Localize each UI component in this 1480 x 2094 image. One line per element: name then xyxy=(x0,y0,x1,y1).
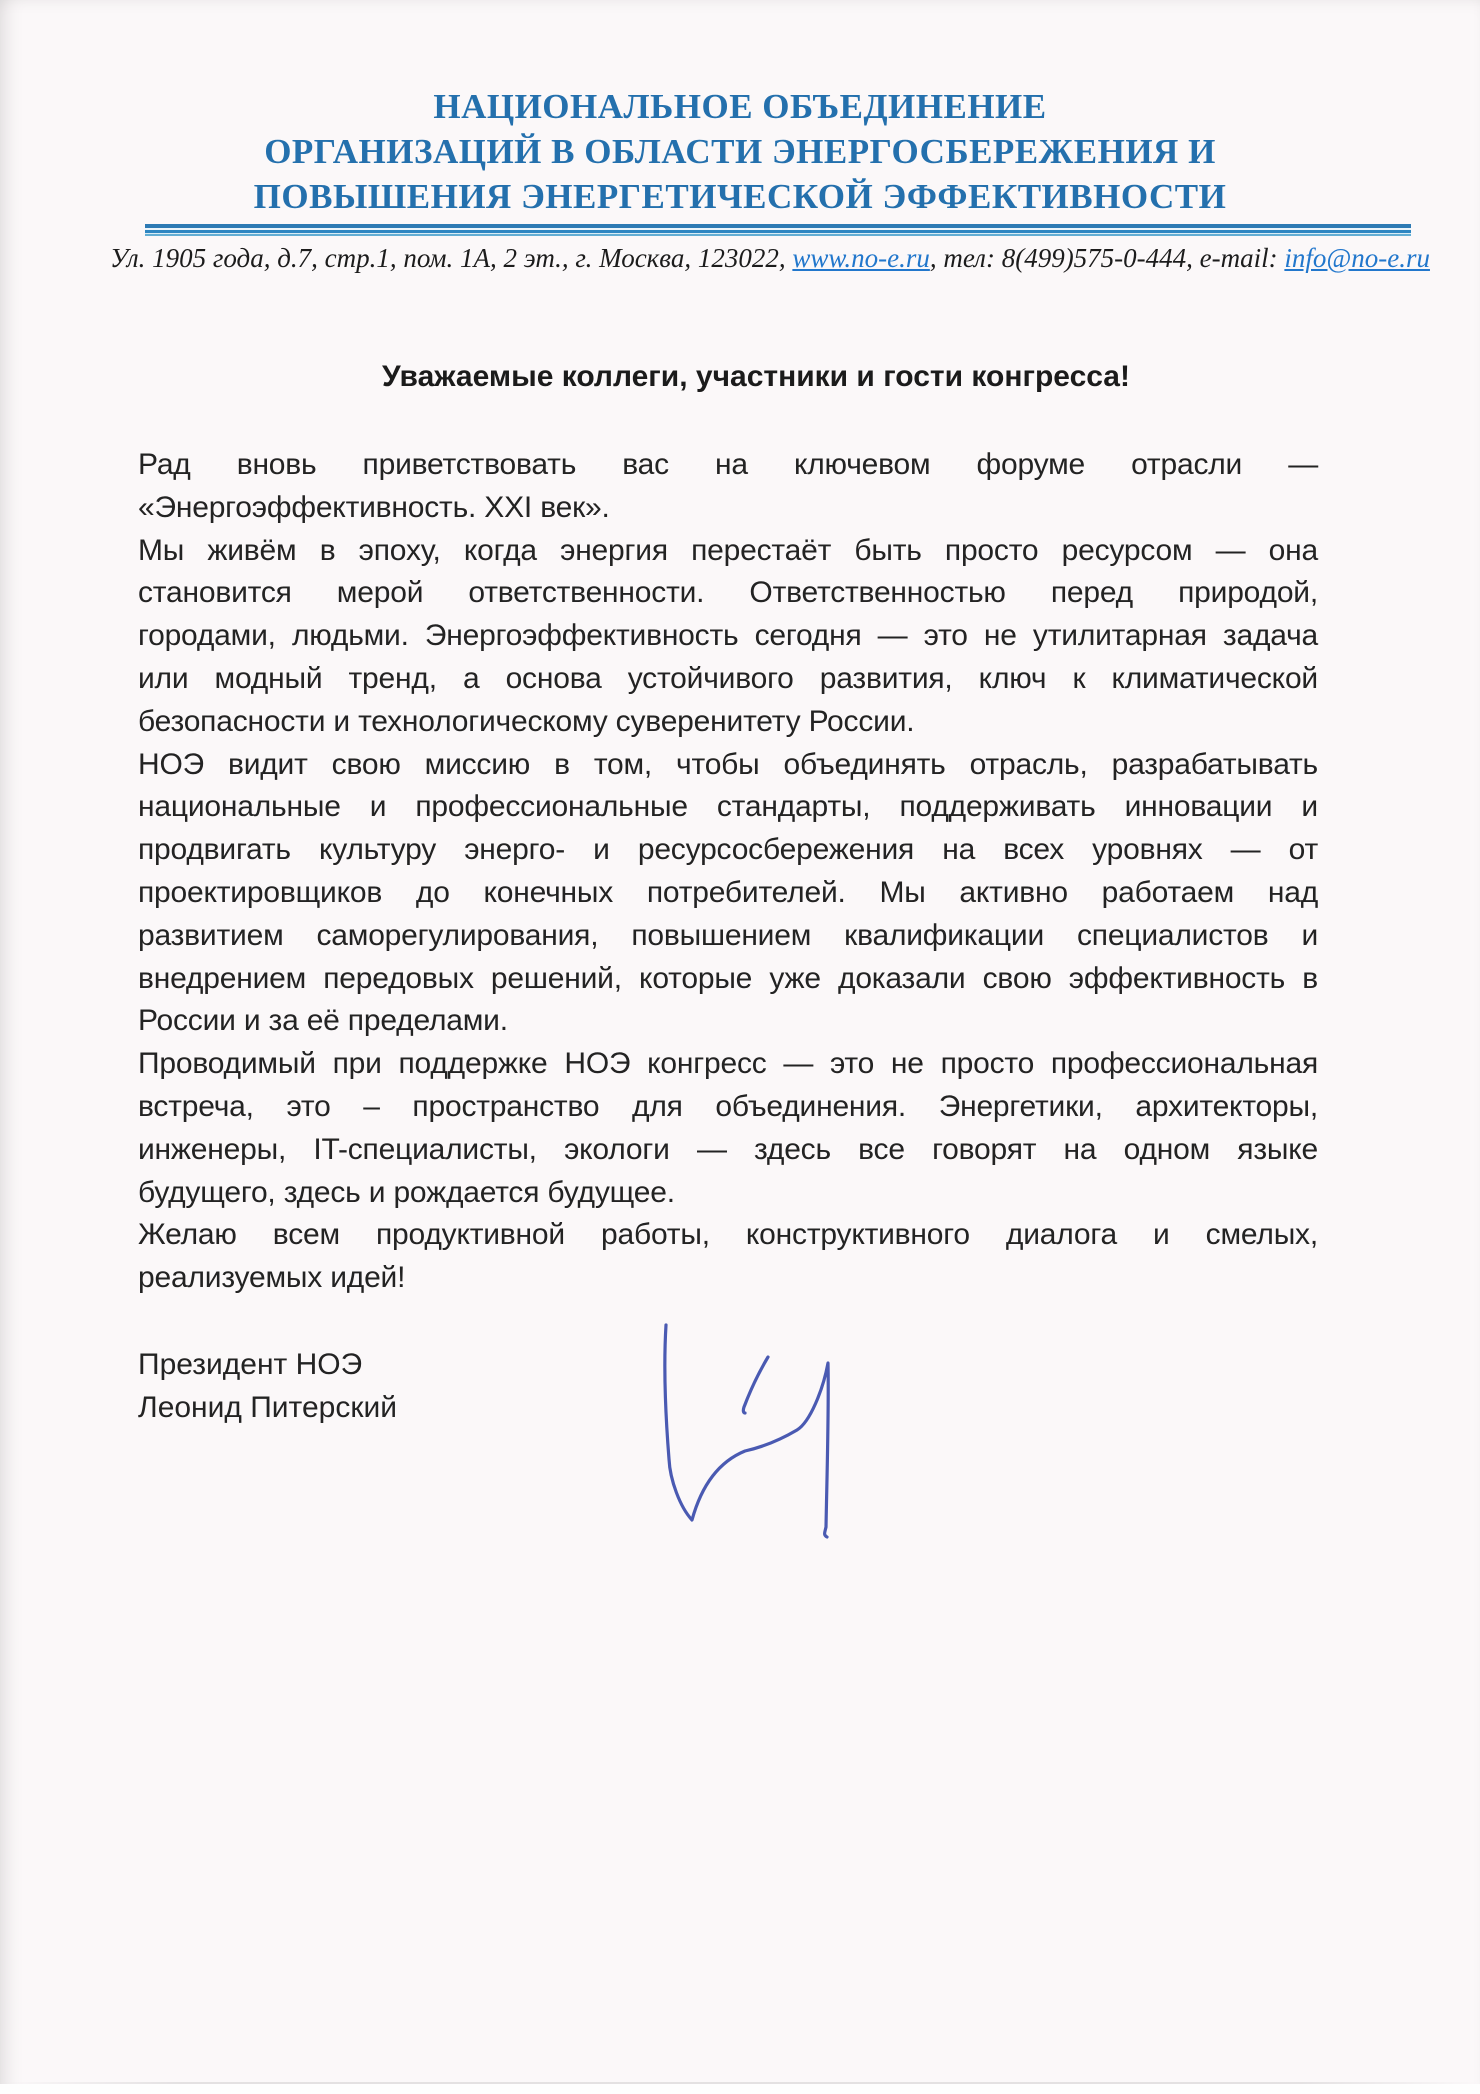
body-line: безопасности и технологическому суверени… xyxy=(138,701,1318,744)
letterhead-org-name: НАЦИОНАЛЬНОЕ ОБЪЕДИНЕНИЕ ОРГАНИЗАЦИЙ В О… xyxy=(0,84,1480,219)
document-page: НАЦИОНАЛЬНОЕ ОБЪЕДИНЕНИЕ ОРГАНИЗАЦИЙ В О… xyxy=(0,0,1480,2094)
body-line: городами, людьми. Энергоэффективность се… xyxy=(138,615,1318,658)
body-line: продвигать культуру энерго- и ресурсосбе… xyxy=(138,829,1318,872)
body-line: России и за её пределами. xyxy=(138,1000,1318,1043)
website-link[interactable]: www.no-e.ru xyxy=(792,243,930,273)
org-name-line-2: ОРГАНИЗАЦИЙ В ОБЛАСТИ ЭНЕРГОСБЕРЕЖЕНИЯ И xyxy=(0,129,1480,174)
body-line: внедрением передовых решений, которые уж… xyxy=(138,958,1318,1001)
org-name-line-1: НАЦИОНАЛЬНОЕ ОБЪЕДИНЕНИЕ xyxy=(0,84,1480,129)
address-part-1: Ул. 1905 года, д.7, стр.1, пом. 1А, 2 эт… xyxy=(110,243,792,273)
signature-image xyxy=(640,1312,860,1552)
body-line: «Энергоэффективность. XXI век». xyxy=(138,487,1318,530)
body-line: встреча, это – пространство для объедине… xyxy=(138,1086,1318,1129)
email-link[interactable]: info@no-e.ru xyxy=(1284,243,1430,273)
body-line: или модный тренд, а основа устойчивого р… xyxy=(138,658,1318,701)
body-line: Мы живём в эпоху, когда энергия перестаё… xyxy=(138,530,1318,573)
body-line: реализуемых идей! xyxy=(138,1257,1318,1300)
address-part-2: , тел: 8(499)575-0-444, e-mail: xyxy=(930,243,1285,273)
body-line: инженеры, IT-специалисты, экологи — здес… xyxy=(138,1129,1318,1172)
body-line: НОЭ видит свою миссию в том, чтобы объед… xyxy=(138,744,1318,787)
salutation: Уважаемые коллеги, участники и гости кон… xyxy=(166,358,1346,396)
body-line: Желаю всем продуктивной работы, конструк… xyxy=(138,1214,1318,1257)
body-line: национальные и профессиональные стандарт… xyxy=(138,786,1318,829)
body-line: Рад вновь приветствовать вас на ключевом… xyxy=(138,444,1318,487)
body-line: проектировщиков до конечных потребителей… xyxy=(138,872,1318,915)
letterhead-divider-rule xyxy=(145,224,1411,237)
body-line: становится мерой ответственности. Ответс… xyxy=(138,572,1318,615)
letter-body: Рад вновь приветствовать вас на ключевом… xyxy=(138,444,1318,1300)
body-line: будущего, здесь и рождается будущее. xyxy=(138,1172,1318,1215)
address-line: Ул. 1905 года, д.7, стр.1, пом. 1А, 2 эт… xyxy=(30,241,1480,275)
org-name-line-3: ПОВЫШЕНИЯ ЭНЕРГЕТИЧЕСКОЙ ЭФФЕКТИВНОСТИ xyxy=(0,174,1480,219)
scan-bottom-edge xyxy=(0,2084,1480,2094)
body-line: развитием саморегулирования, повышением … xyxy=(138,915,1318,958)
body-line: Проводимый при поддержке НОЭ конгресс — … xyxy=(138,1043,1318,1086)
